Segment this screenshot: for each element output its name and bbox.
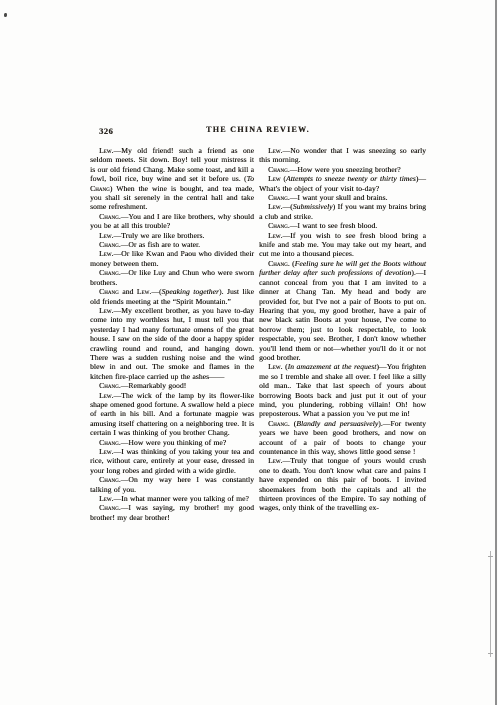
stage-direction: Speaking together bbox=[162, 287, 219, 296]
dialogue-text: —Or as fish are to water. bbox=[121, 240, 200, 249]
speaker-name: Chang. bbox=[99, 212, 121, 221]
dialogue-paragraph: Chang.—I want to see fresh blood. bbox=[259, 221, 426, 230]
dialogue-text: —How were you thinking of me? bbox=[121, 438, 226, 447]
dialogue-text: ) When the wine is bought, and tea made,… bbox=[90, 184, 254, 212]
dialogue-text: —In what manner were you talking of me? bbox=[114, 494, 249, 503]
speaker-name: Lew. bbox=[99, 231, 114, 240]
speaker-name: Chang. bbox=[268, 165, 290, 174]
right-column: Lew.—No wonder that I was sneezing so ea… bbox=[259, 146, 426, 513]
dialogue-paragraph: Lew.—My excellent brother, as you have t… bbox=[90, 306, 254, 381]
stage-direction: To bbox=[247, 174, 254, 183]
dialogue-paragraph: Lew.—The wick of the lamp by its flower-… bbox=[90, 391, 254, 438]
stage-direction: Submissively bbox=[293, 202, 333, 211]
speaker-name: Chang. bbox=[99, 268, 121, 277]
text-columns: Lew.—My old friend! such a friend as one… bbox=[90, 146, 426, 522]
speaker-name: Chang. bbox=[268, 221, 290, 230]
scan-fold-tick bbox=[488, 653, 493, 654]
scan-edge-line bbox=[495, 0, 497, 705]
speaker-name: Chang. bbox=[268, 419, 290, 428]
dialogue-paragraph: Chang and Lew.—(Speaking together). Just… bbox=[90, 287, 254, 306]
dialogue-text: —Truly we are like brothers. bbox=[114, 231, 205, 240]
speaker-name: Lew. bbox=[268, 456, 283, 465]
speaker-name: Lew. bbox=[268, 202, 283, 211]
speaker-name: Chang. bbox=[99, 475, 121, 484]
dialogue-text: —How were you sneezing brother? bbox=[290, 165, 401, 174]
page-header: 326 THE CHINA REVIEW. bbox=[90, 125, 426, 138]
speaker-name: Chang bbox=[90, 184, 110, 193]
dialogue-paragraph: Lew.—Truly we are like brothers. bbox=[90, 231, 254, 240]
dialogue-paragraph: Chang.—On my way here I was constantly t… bbox=[90, 475, 254, 494]
speaker-name: Lew. bbox=[99, 494, 114, 503]
dialogue-text: —( bbox=[283, 202, 293, 211]
scan-fold-tick bbox=[488, 556, 493, 557]
dialogue-paragraph: Lew.—My old friend! such a friend as one… bbox=[90, 146, 254, 212]
speaker-name: Lew. bbox=[99, 306, 114, 315]
speaker-name: Lew. bbox=[268, 362, 283, 371]
dialogue-text: —My excellent brother, as you have to-da… bbox=[90, 306, 254, 381]
scan-fold-line bbox=[490, 551, 491, 657]
dialogue-paragraph: Lew.—No wonder that I was sneezing so ea… bbox=[259, 146, 426, 165]
dialogue-text: —The wick of the lamp by its flower-like… bbox=[90, 391, 254, 438]
dialogue-paragraph: Chang.—How were you sneezing brother? bbox=[259, 165, 426, 174]
speaker-name: Lew bbox=[268, 174, 281, 183]
scanned-page: 326 THE CHINA REVIEW. Lew.—My old friend… bbox=[0, 0, 498, 705]
stage-direction: In amazement at the request bbox=[288, 362, 377, 371]
dialogue-text: —If you wish to see fresh blood bring a … bbox=[259, 231, 426, 259]
dialogue-text: —I want to see fresh blood. bbox=[290, 221, 377, 230]
speaker-name: Chang. bbox=[99, 438, 121, 447]
dialogue-paragraph: Lew.—Or like Kwan and Paou who divided t… bbox=[90, 249, 254, 268]
speaker-name: Lew. bbox=[268, 231, 283, 240]
speaker-name: Lew. bbox=[99, 391, 114, 400]
speaker-name: Chang. bbox=[99, 240, 121, 249]
dialogue-text: and bbox=[119, 287, 137, 296]
dialogue-paragraph: Chang.—Remarkably good! bbox=[90, 381, 254, 390]
dialogue-paragraph: Lew. (In amazement at the request)—You f… bbox=[259, 362, 426, 418]
dialogue-paragraph: Lew (Attempts to sneeze twenty or thirty… bbox=[259, 174, 426, 193]
dialogue-text: —I was thinking of you taking your tea a… bbox=[90, 447, 254, 475]
stage-direction: Blandly and persuasively bbox=[296, 419, 378, 428]
speaker-name: Chang. bbox=[99, 503, 121, 512]
speaker-name: Chang. bbox=[268, 259, 290, 268]
dialogue-paragraph: Lew.—In what manner were you talking of … bbox=[90, 494, 254, 503]
dialogue-paragraph: Lew.—If you wish to see fresh blood brin… bbox=[259, 231, 426, 259]
dialogue-text: —Or like Kwan and Paou who divided their… bbox=[90, 249, 254, 267]
dialogue-text: —( bbox=[151, 287, 161, 296]
speaker-name: Lew. bbox=[137, 287, 152, 296]
speaker-name: Chang bbox=[99, 287, 119, 296]
dialogue-text: —No wonder that I was sneezing so early … bbox=[259, 146, 426, 164]
dialogue-paragraph: Chang. (Blandly and persuasively).—For t… bbox=[259, 419, 426, 457]
speaker-name: Chang. bbox=[268, 193, 290, 202]
dialogue-text: —I want your skull and brains. bbox=[290, 193, 388, 202]
dialogue-paragraph: Chang.—How were you thinking of me? bbox=[90, 438, 254, 447]
dialogue-paragraph: Chang.—Or as fish are to water. bbox=[90, 240, 254, 249]
dialogue-paragraph: Chang.—I was saying, my brother! my good… bbox=[90, 503, 254, 522]
dialogue-paragraph: Lew.—I was thinking of you taking your t… bbox=[90, 447, 254, 475]
dialogue-paragraph: Lew.—(Submissively) If you want my brain… bbox=[259, 202, 426, 221]
dialogue-paragraph: Chang. (Feeling sure he will get the Boo… bbox=[259, 259, 426, 362]
dialogue-text: —My old friend! such a friend as one sel… bbox=[90, 146, 254, 183]
scan-speck bbox=[4, 13, 7, 17]
speaker-name: Chang. bbox=[99, 381, 121, 390]
dialogue-text: —Remarkably good! bbox=[121, 381, 187, 390]
speaker-name: Lew. bbox=[99, 146, 114, 155]
left-column: Lew.—My old friend! such a friend as one… bbox=[90, 146, 254, 522]
dialogue-paragraph: Chang.—Or like Luy and Chun who were swo… bbox=[90, 268, 254, 287]
dialogue-paragraph: Chang.—I want your skull and brains. bbox=[259, 193, 426, 202]
speaker-name: Lew. bbox=[99, 249, 114, 258]
dialogue-text: —Truly that tongue of yours would crush … bbox=[259, 456, 426, 512]
speaker-name: Lew. bbox=[99, 447, 114, 456]
dialogue-paragraph: Lew.—Truly that tongue of yours would cr… bbox=[259, 456, 426, 512]
dialogue-paragraph: Chang.—You and I are like brothers, why … bbox=[90, 212, 254, 231]
stage-direction: Attempts to sneeze twenty or thirty time… bbox=[286, 174, 416, 183]
speaker-name: Lew. bbox=[268, 146, 283, 155]
journal-title: THE CHINA REVIEW. bbox=[90, 125, 426, 134]
dialogue-text: ).—I cannot conceal from you that I am i… bbox=[259, 268, 426, 362]
